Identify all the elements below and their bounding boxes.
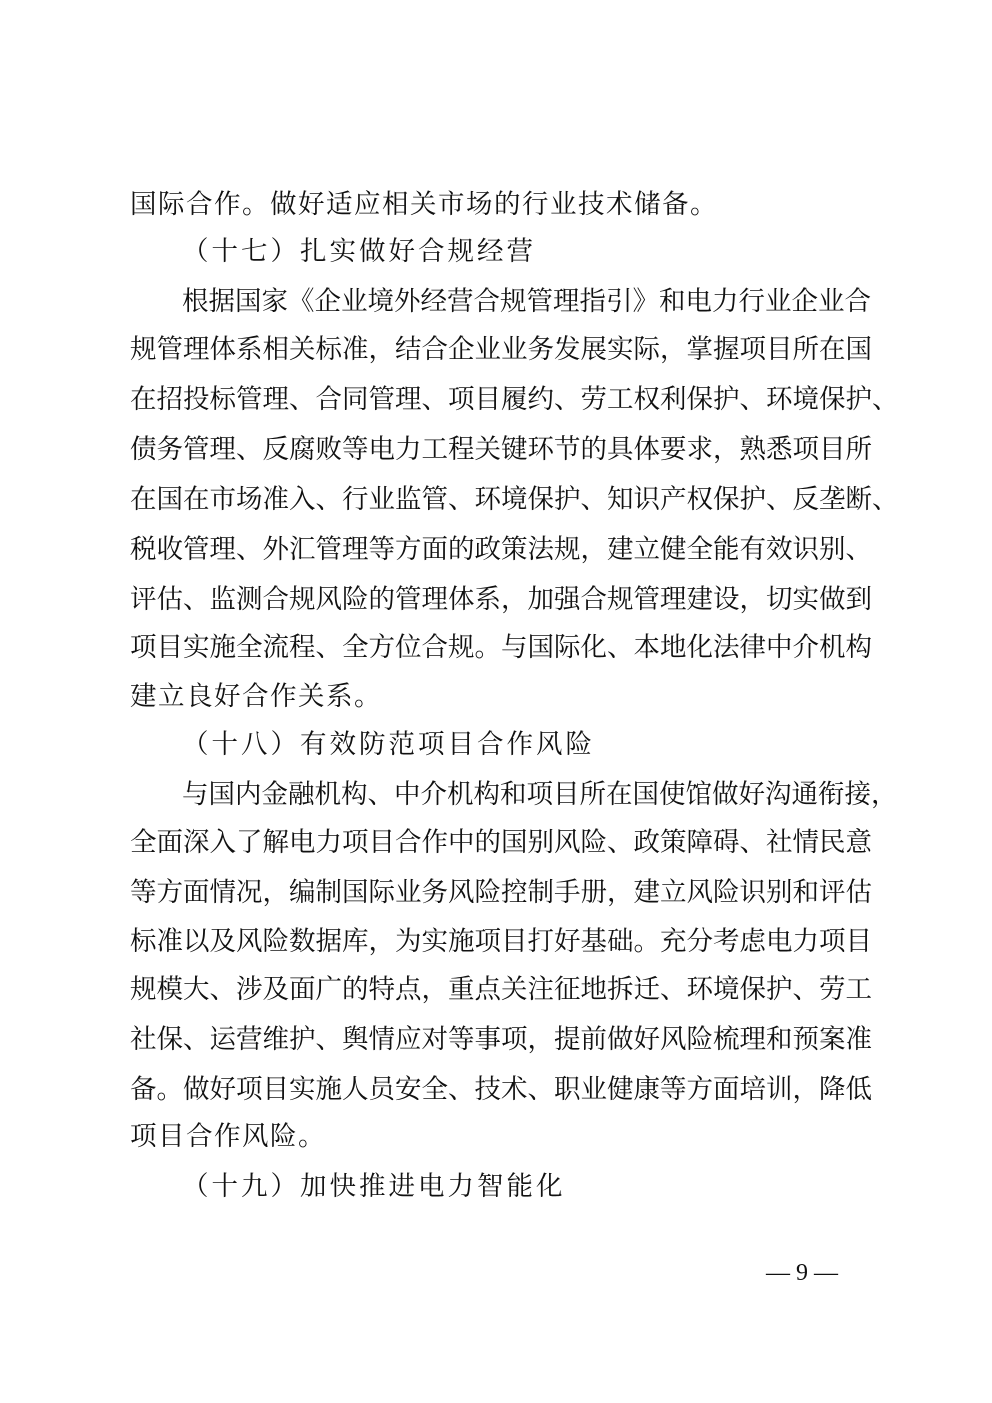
page-number: — 9 — xyxy=(766,1258,838,1288)
text-line: 建立良好合作关系。 xyxy=(130,677,870,717)
text-line: 债务管理、反腐败等电力工程关键环节的具体要求，熟悉项目所 xyxy=(130,430,870,470)
text-line: 全面深入了解电力项目合作中的国别风险、政策障碍、社情民意 xyxy=(130,823,870,863)
document-page: 国际合作。做好适应相关市场的行业技术储备。 （十七）扎实做好合规经营 根据国家《… xyxy=(0,0,992,1403)
text-line: 与国内金融机构、中介机构和项目所在国使馆做好沟通衔接， xyxy=(182,775,870,815)
text-line: 税收管理、外汇管理等方面的政策法规，建立健全能有效识别、 xyxy=(130,530,870,570)
section-heading-19: （十九）加快推进电力智能化 xyxy=(182,1167,566,1207)
text-line: 标准以及风险数据库，为实施项目打好基础。充分考虑电力项目 xyxy=(130,922,870,962)
section-heading-17: （十七）扎实做好合规经营 xyxy=(182,232,536,272)
text-line: 评估、监测合规风险的管理体系，加强合规管理建设，切实做到 xyxy=(130,580,870,620)
text-line: 项目合作风险。 xyxy=(130,1117,870,1157)
text-line: 国际合作。做好适应相关市场的行业技术储备。 xyxy=(130,185,870,225)
text-line: 在招投标管理、合同管理、项目履约、劳工权利保护、环境保护、 xyxy=(130,380,870,420)
text-line: 等方面情况，编制国际业务风险控制手册，建立风险识别和评估 xyxy=(130,873,870,913)
section-heading-18: （十八）有效防范项目合作风险 xyxy=(182,725,595,765)
text-line: 在国在市场准入、行业监管、环境保护、知识产权保护、反垄断、 xyxy=(130,480,870,520)
text-line: 备。做好项目实施人员安全、技术、职业健康等方面培训，降低 xyxy=(130,1070,870,1110)
text-line: 规管理体系相关标准，结合企业业务发展实际，掌握项目所在国 xyxy=(130,330,870,370)
text-line: 项目实施全流程、全方位合规。与国际化、本地化法律中介机构 xyxy=(130,628,870,668)
text-line: 社保、运营维护、舆情应对等事项，提前做好风险梳理和预案准 xyxy=(130,1020,870,1060)
text-line: 规模大、涉及面广的特点，重点关注征地拆迁、环境保护、劳工 xyxy=(130,970,870,1010)
text-line: 根据国家《企业境外经营合规管理指引》和电力行业企业合 xyxy=(182,282,870,322)
